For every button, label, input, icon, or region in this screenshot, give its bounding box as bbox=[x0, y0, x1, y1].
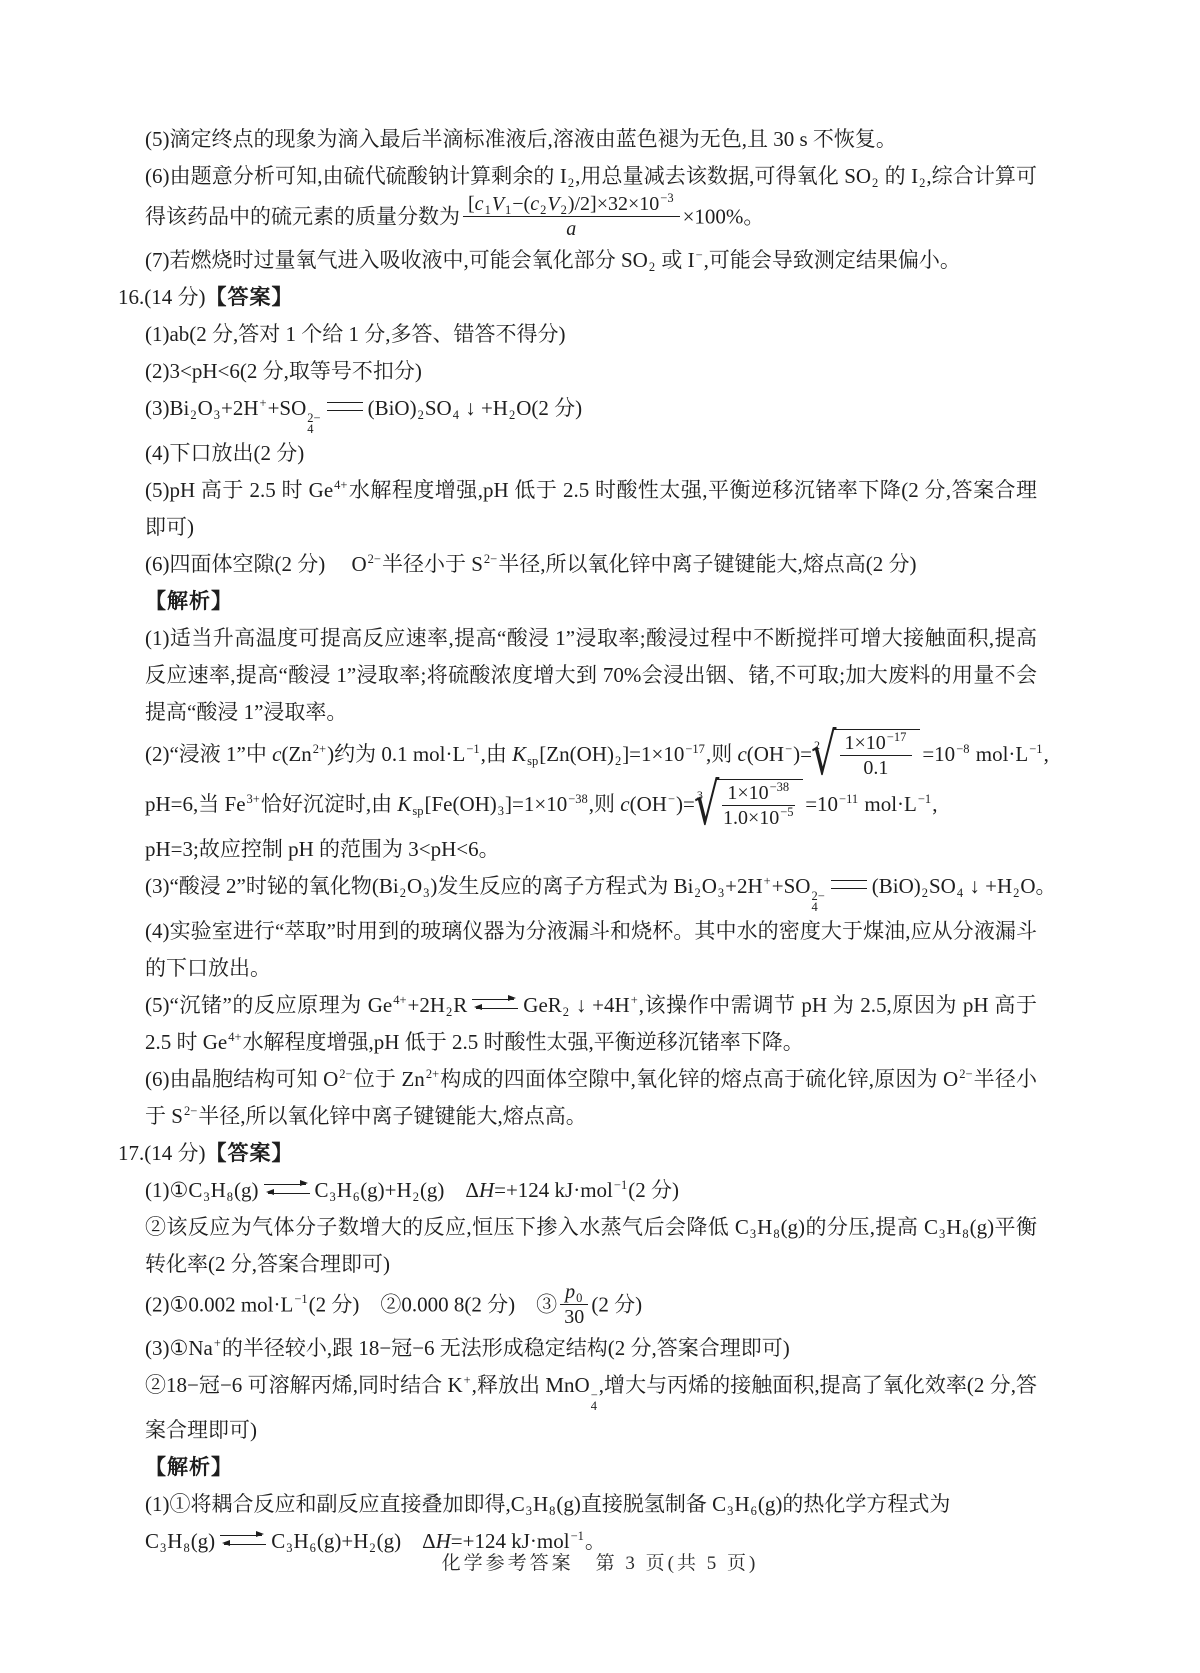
q15-part5: (5)滴定终点的现象为滴入最后半滴标准液后,溶液由蓝色褪为无色,且 30 s 不… bbox=[145, 121, 1037, 158]
reversible-arrow-icon bbox=[472, 996, 518, 1012]
q17-ans3-2: ②18−冠−6 可溶解丙烯,同时结合 K+,释放出 MnO−4,增大与丙烯的接触… bbox=[145, 1367, 1037, 1449]
radical: 2√1×10−170.1 bbox=[814, 729, 920, 779]
double-equals-icon bbox=[831, 880, 867, 889]
q17-header: 17.(14 分)【答案】 bbox=[118, 1135, 1037, 1172]
answer-sheet-page: (5)滴定终点的现象为滴入最后半滴标准液后,溶液由蓝色褪为无色,且 30 s 不… bbox=[0, 0, 1200, 1673]
q16-exp2a: (2)“浸液 1”中 c(Zn2+)约为 0.1 mol·L−1,由 Ksp[Z… bbox=[145, 731, 1190, 781]
q16-header: 16.(14 分)【答案】 bbox=[118, 279, 1037, 316]
q17-jiexi-header: 【解析】 bbox=[145, 1449, 1037, 1486]
section-label: 【答案】 bbox=[206, 286, 294, 309]
q16-ans5: (5)pH 高于 2.5 时 Ge4+水解程度增强,pH 低于 2.5 时酸性太… bbox=[145, 472, 1037, 546]
q16-exp4: (4)实验室进行“萃取”时用到的玻璃仪器为分液漏斗和烧杯。其中水的密度大于煤油,… bbox=[145, 913, 1037, 987]
page-footer: 化学参考答案 第 3 页(共 5 页) bbox=[0, 1548, 1200, 1575]
q16-exp6: (6)由晶胞结构可知 O2−位于 Zn2+构成的四面体空隙中,氧化锌的熔点高于硫… bbox=[145, 1061, 1037, 1135]
reversible-arrow-icon bbox=[264, 1181, 310, 1197]
q16-ans6: (6)四面体空隙(2 分) O2−半径小于 S2−半径,所以氧化锌中离子键键能大… bbox=[145, 546, 1037, 583]
radical: 3√1×10−381.0×10−5 bbox=[697, 779, 803, 829]
fraction: [c1V1−(c2V2)/2]×32×10−3a bbox=[463, 193, 680, 240]
q16-ans3: (3)Bi2O3+2H++SO2−4(BiO)2SO4 ↓ +H2O(2 分) bbox=[145, 390, 1037, 435]
section-label: 【答案】 bbox=[206, 1142, 294, 1165]
q17-ans1-2: ②该反应为气体分子数增大的反应,恒压下掺入水蒸气后会降低 C3H8(g)的分压,… bbox=[145, 1209, 1037, 1283]
q16-exp1: (1)适当升高温度可提高反应速率,提高“酸浸 1”浸取率;酸浸过程中不断搅拌可增… bbox=[145, 620, 1037, 731]
q17-exp1a: (1)①将耦合反应和副反应直接叠加即得,C3H8(g)直接脱氢制备 C3H6(g… bbox=[145, 1486, 1037, 1523]
fraction: p030 bbox=[560, 1281, 588, 1328]
q17-ans2: (2)①0.002 mol·L−1(2 分) ②0.000 8(2 分) ③p0… bbox=[145, 1283, 1037, 1330]
double-equals-icon bbox=[327, 402, 363, 411]
q17-ans3-1: (3)①Na+的半径较小,跟 18−冠−6 无法形成稳定结构(2 分,答案合理即… bbox=[145, 1330, 1037, 1367]
q16-exp2c: pH=3;故应控制 pH 的范围为 3<pH<6。 bbox=[145, 831, 1037, 868]
q16-jiexi-header: 【解析】 bbox=[145, 583, 1037, 620]
q16-exp3: (3)“酸浸 2”时铋的氧化物(Bi2O3)发生反应的离子方程式为 Bi2O3+… bbox=[145, 868, 1190, 913]
q16-ans2: (2)3<pH<6(2 分,取等号不扣分) bbox=[145, 353, 1037, 390]
q16-ans1: (1)ab(2 分,答对 1 个给 1 分,多答、错答不得分) bbox=[145, 316, 1037, 353]
section-label: 【解析】 bbox=[145, 590, 233, 613]
q16-exp5: (5)“沉锗”的反应原理为 Ge4++2H2RGeR2 ↓ +4H+,该操作中需… bbox=[145, 987, 1037, 1061]
section-label: 【解析】 bbox=[145, 1456, 233, 1479]
q15-part6: (6)由题意分析可知,由硫代硫酸钠计算剩余的 I2,用总量减去该数据,可得氧化 … bbox=[145, 158, 1037, 242]
reversible-arrow-icon bbox=[220, 1532, 266, 1548]
fraction: 1×10−381.0×10−5 bbox=[722, 782, 795, 829]
q16-ans4: (4)下口放出(2 分) bbox=[145, 435, 1037, 472]
q15-part7: (7)若燃烧时过量氧气进入吸收液中,可能会氧化部分 SO2 或 I−,可能会导致… bbox=[145, 242, 1037, 279]
document-content: (5)滴定终点的现象为滴入最后半滴标准液后,溶液由蓝色褪为无色,且 30 s 不… bbox=[0, 121, 1200, 1560]
q16-exp2b: pH=6,当 Fe3+恰好沉淀时,由 Ksp[Fe(OH)3]=1×10−38,… bbox=[145, 781, 1190, 831]
q17-ans1-1: (1)①C3H8(g)C3H6(g)+H2(g) ΔH=+124 kJ·mol−… bbox=[145, 1172, 1037, 1209]
fraction: 1×10−170.1 bbox=[840, 732, 913, 779]
